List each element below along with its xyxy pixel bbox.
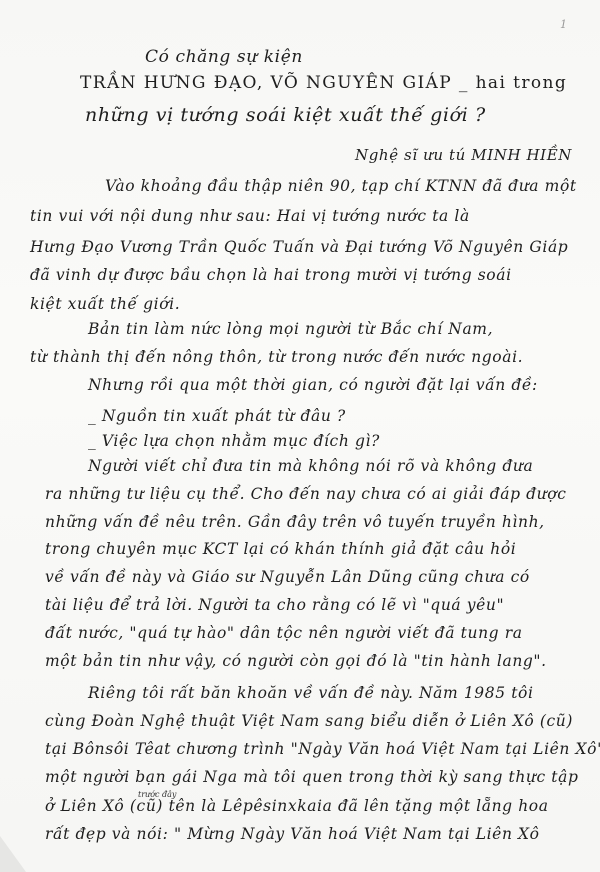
body-line: Vào khoảng đầu thập niên 90, tạp chí KTN… — [105, 177, 577, 195]
title-line-2: TRẦN HƯNG ĐẠO, VÕ NGUYÊN GIÁP _ hai tron… — [80, 73, 567, 93]
body-line: ở Liên Xô (cũ) tên là Lêpêsinxkaia đã lê… — [45, 797, 549, 815]
body-line: ra những tư liệu cụ thể. Cho đến nay chư… — [45, 485, 566, 503]
body-line: đã vinh dự được bầu chọn là hai trong mư… — [30, 266, 512, 284]
body-line: Hưng Đạo Vương Trần Quốc Tuấn và Đại tướ… — [30, 238, 568, 256]
title-line-3: những vị tướng soái kiệt xuất thế giới ? — [85, 104, 486, 126]
body-line: Người viết chỉ đưa tin mà không nói rõ v… — [88, 457, 533, 475]
body-line: tin vui với nội dung như sau: Hai vị tướ… — [30, 207, 470, 225]
body-line: _ Việc lựa chọn nhằm mục đích gì? — [88, 432, 380, 450]
body-line: đất nước, "quá tự hào" dân tộc nên người… — [45, 624, 523, 642]
body-line: Riêng tôi rất băn khoăn về vấn đề này. N… — [88, 684, 534, 702]
body-line: những vấn đề nêu trên. Gần đây trên vô t… — [45, 513, 545, 531]
body-line: một người bạn gái Nga mà tôi quen trong … — [45, 768, 579, 786]
body-line: từ thành thị đến nông thôn, từ trong nướ… — [30, 348, 523, 366]
body-line: trong chuyên mục KCT lại có khán thính g… — [45, 540, 516, 558]
body-line: Bản tin làm nức lòng mọi người từ Bắc ch… — [88, 320, 493, 338]
body-line: kiệt xuất thế giới. — [30, 295, 180, 313]
body-line: rất đẹp và nói: " Mừng Ngày Văn hoá Việt… — [45, 825, 540, 843]
title-line-1: Có chăng sự kiện — [145, 47, 303, 67]
folded-corner — [0, 836, 26, 872]
handwritten-letter-page: 1 Có chăng sự kiện TRẦN HƯNG ĐẠO, VÕ NGU… — [0, 0, 600, 872]
body-line: cùng Đoàn Nghệ thuật Việt Nam sang biểu … — [45, 712, 573, 730]
body-line: tài liệu để trả lời. Người ta cho rằng c… — [45, 596, 504, 614]
body-line: tại Bônsôi Têat chương trình "Ngày Văn h… — [45, 740, 600, 758]
body-line: _ Nguồn tin xuất phát từ đâu ? — [88, 407, 346, 425]
body-line: một bản tin như vậy, có người còn gọi đó… — [45, 652, 547, 670]
author-byline: Nghệ sĩ ưu tú MINH HIỀN — [355, 146, 572, 164]
page-number: 1 — [560, 18, 567, 31]
body-line: Nhưng rồi qua một thời gian, có người đặ… — [88, 376, 538, 394]
body-line: về vấn đề này và Giáo sư Nguyễn Lân Dũng… — [45, 568, 530, 586]
